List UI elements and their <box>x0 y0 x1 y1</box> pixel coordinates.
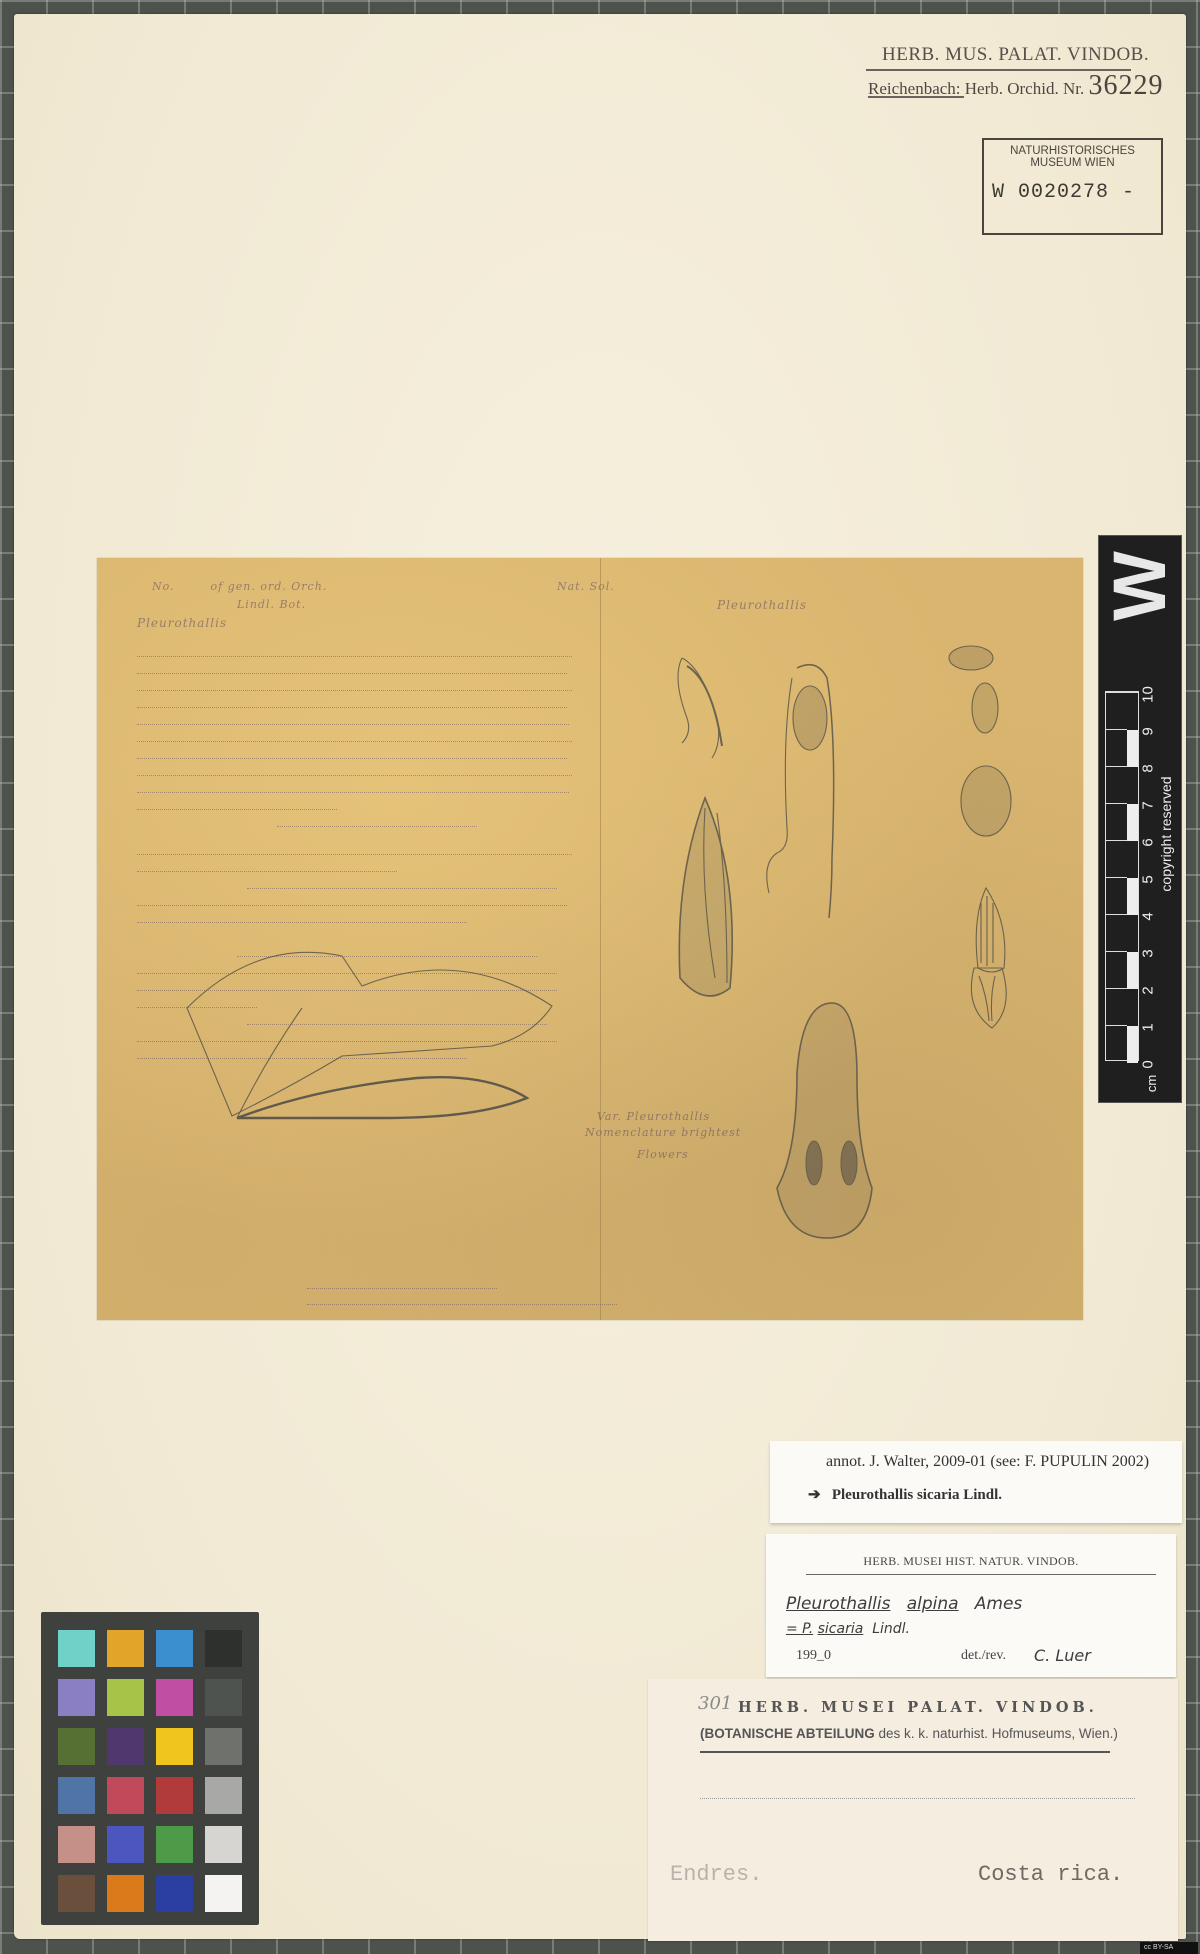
synonym-author: Lindl. <box>872 1621 910 1637</box>
ruler-segment <box>1106 766 1138 803</box>
ruler-tick-label: 2 <box>1140 982 1157 1000</box>
color-swatch <box>107 1826 144 1863</box>
ruler-tick-label: 0 <box>1140 1056 1157 1074</box>
herbarium-label-subheader: (BOTANISCHE ABTEILUNG des k. k. naturhis… <box>700 1726 1118 1741</box>
determination-header: HERB. MUSEI HIST. NATUR. VINDOB. <box>766 1554 1176 1569</box>
unit-label: cm <box>1144 1075 1159 1092</box>
color-swatch <box>107 1630 144 1667</box>
museum-stamp: NATURHISTORISCHES MUSEUM WIEN W 0020278 … <box>982 138 1163 235</box>
color-swatch <box>107 1728 144 1765</box>
annotation-taxon: ➔ Pleurothallis sicaria Lindl. <box>808 1485 1002 1504</box>
color-swatch <box>58 1875 95 1912</box>
color-swatch <box>58 1728 95 1765</box>
divider <box>806 1574 1156 1575</box>
determination-label: HERB. MUSEI HIST. NATUR. VINDOB. Pleurot… <box>766 1534 1176 1677</box>
color-swatch <box>205 1777 242 1814</box>
color-swatch <box>156 1679 193 1716</box>
museum-name-line2: MUSEUM WIEN <box>984 157 1161 169</box>
herbarium-label-header: HERB. MUSEI PALAT. VINDOB. <box>738 1699 1098 1716</box>
det-rev-label: det./rev. <box>961 1648 1006 1664</box>
annotation-text: annot. J. Walter, 2009-01 (see: F. PUPUL… <box>826 1453 1149 1471</box>
color-swatch <box>205 1728 242 1765</box>
handwritten-number: 301 <box>698 1693 732 1714</box>
copyright-notice: copyright reserved <box>1153 734 1179 934</box>
color-swatch <box>58 1679 95 1716</box>
botanical-drawing: No. of gen. ord. Orch. Lindl. Bot. Pleur… <box>97 558 1083 1320</box>
color-calibration-chart <box>41 1612 259 1925</box>
color-swatch <box>156 1728 193 1765</box>
color-swatch <box>205 1630 242 1667</box>
color-swatch <box>58 1630 95 1667</box>
color-swatch <box>205 1679 242 1716</box>
museum-logo: W <box>1100 551 1180 621</box>
museum-name: NATURHISTORISCHES MUSEUM WIEN <box>984 145 1161 169</box>
ruler-segment <box>1106 840 1138 877</box>
ruler-tick-label: 3 <box>1140 945 1157 963</box>
color-swatch <box>156 1630 193 1667</box>
determined-taxon: Pleurothallis alpina Ames <box>786 1594 1022 1614</box>
ruler-tick-label: 1 <box>1140 1019 1157 1037</box>
determiner: C. Luer <box>1034 1646 1091 1665</box>
subheader-bold: (BOTANISCHE ABTEILUNG <box>700 1726 875 1741</box>
genus: Pleurothallis <box>786 1594 890 1614</box>
taxon-name: Pleurothallis sicaria Lindl. <box>832 1487 1002 1503</box>
ruler-segment <box>1106 951 1138 988</box>
subheader-rest: des k. k. naturhist. Hofmuseums, Wien.) <box>875 1726 1118 1741</box>
color-swatch <box>107 1679 144 1716</box>
orchid-sketches <box>97 558 1083 1320</box>
herbarium-sheet: HERB. MUS. PALAT. VINDOB. Reichenbach: H… <box>14 14 1186 1939</box>
copyright-text: copyright reserved <box>1158 776 1174 891</box>
det-year: 199_0 <box>796 1648 831 1664</box>
herbarium-header-stamp: HERB. MUS. PALAT. VINDOB. <box>882 44 1149 66</box>
museum-name-line1: NATURHISTORISCHES <box>984 145 1161 157</box>
species: alpina <box>907 1594 959 1614</box>
ruler-tick-label: 10 <box>1140 686 1157 704</box>
divider <box>868 96 964 98</box>
synonym: = P. sicaria Lindl. <box>786 1621 910 1637</box>
ruler-segment <box>1106 877 1138 914</box>
license-badge: cc BY-SA <box>1140 1942 1198 1954</box>
ruler-segment <box>1106 729 1138 766</box>
ruler <box>1105 691 1139 1061</box>
color-swatch <box>107 1777 144 1814</box>
color-swatch <box>58 1777 95 1814</box>
collector: Endres. <box>670 1862 762 1887</box>
ruler-segment <box>1106 692 1138 729</box>
ruler-segment <box>1106 988 1138 1025</box>
color-swatch <box>156 1875 193 1912</box>
herbarium-label: 301 HERB. MUSEI PALAT. VINDOB. (BOTANISC… <box>648 1679 1178 1941</box>
author: Ames <box>975 1594 1023 1614</box>
color-swatch <box>205 1875 242 1912</box>
catalog-id: W 0020278 - <box>992 181 1161 204</box>
annotation-label: annot. J. Walter, 2009-01 (see: F. PUPUL… <box>770 1441 1182 1523</box>
color-swatch <box>156 1826 193 1863</box>
locality: Costa rica. <box>978 1862 1123 1887</box>
ruler-segment <box>1106 1025 1138 1062</box>
color-swatch <box>58 1826 95 1863</box>
color-swatch <box>107 1875 144 1912</box>
scale-bar: W 012345678910 copyright reserved cm <box>1098 535 1182 1103</box>
synonym-prefix: = P. <box>786 1621 813 1637</box>
divider <box>700 1751 1110 1753</box>
arrow-icon: ➔ <box>808 1487 821 1503</box>
specimen-number: 36229 <box>1088 70 1163 101</box>
ruler-segment <box>1106 914 1138 951</box>
color-swatch <box>205 1826 242 1863</box>
color-swatch <box>156 1777 193 1814</box>
dotted-line <box>700 1798 1135 1799</box>
ruler-segment <box>1106 803 1138 840</box>
synonym-species: sicaria <box>818 1621 864 1637</box>
